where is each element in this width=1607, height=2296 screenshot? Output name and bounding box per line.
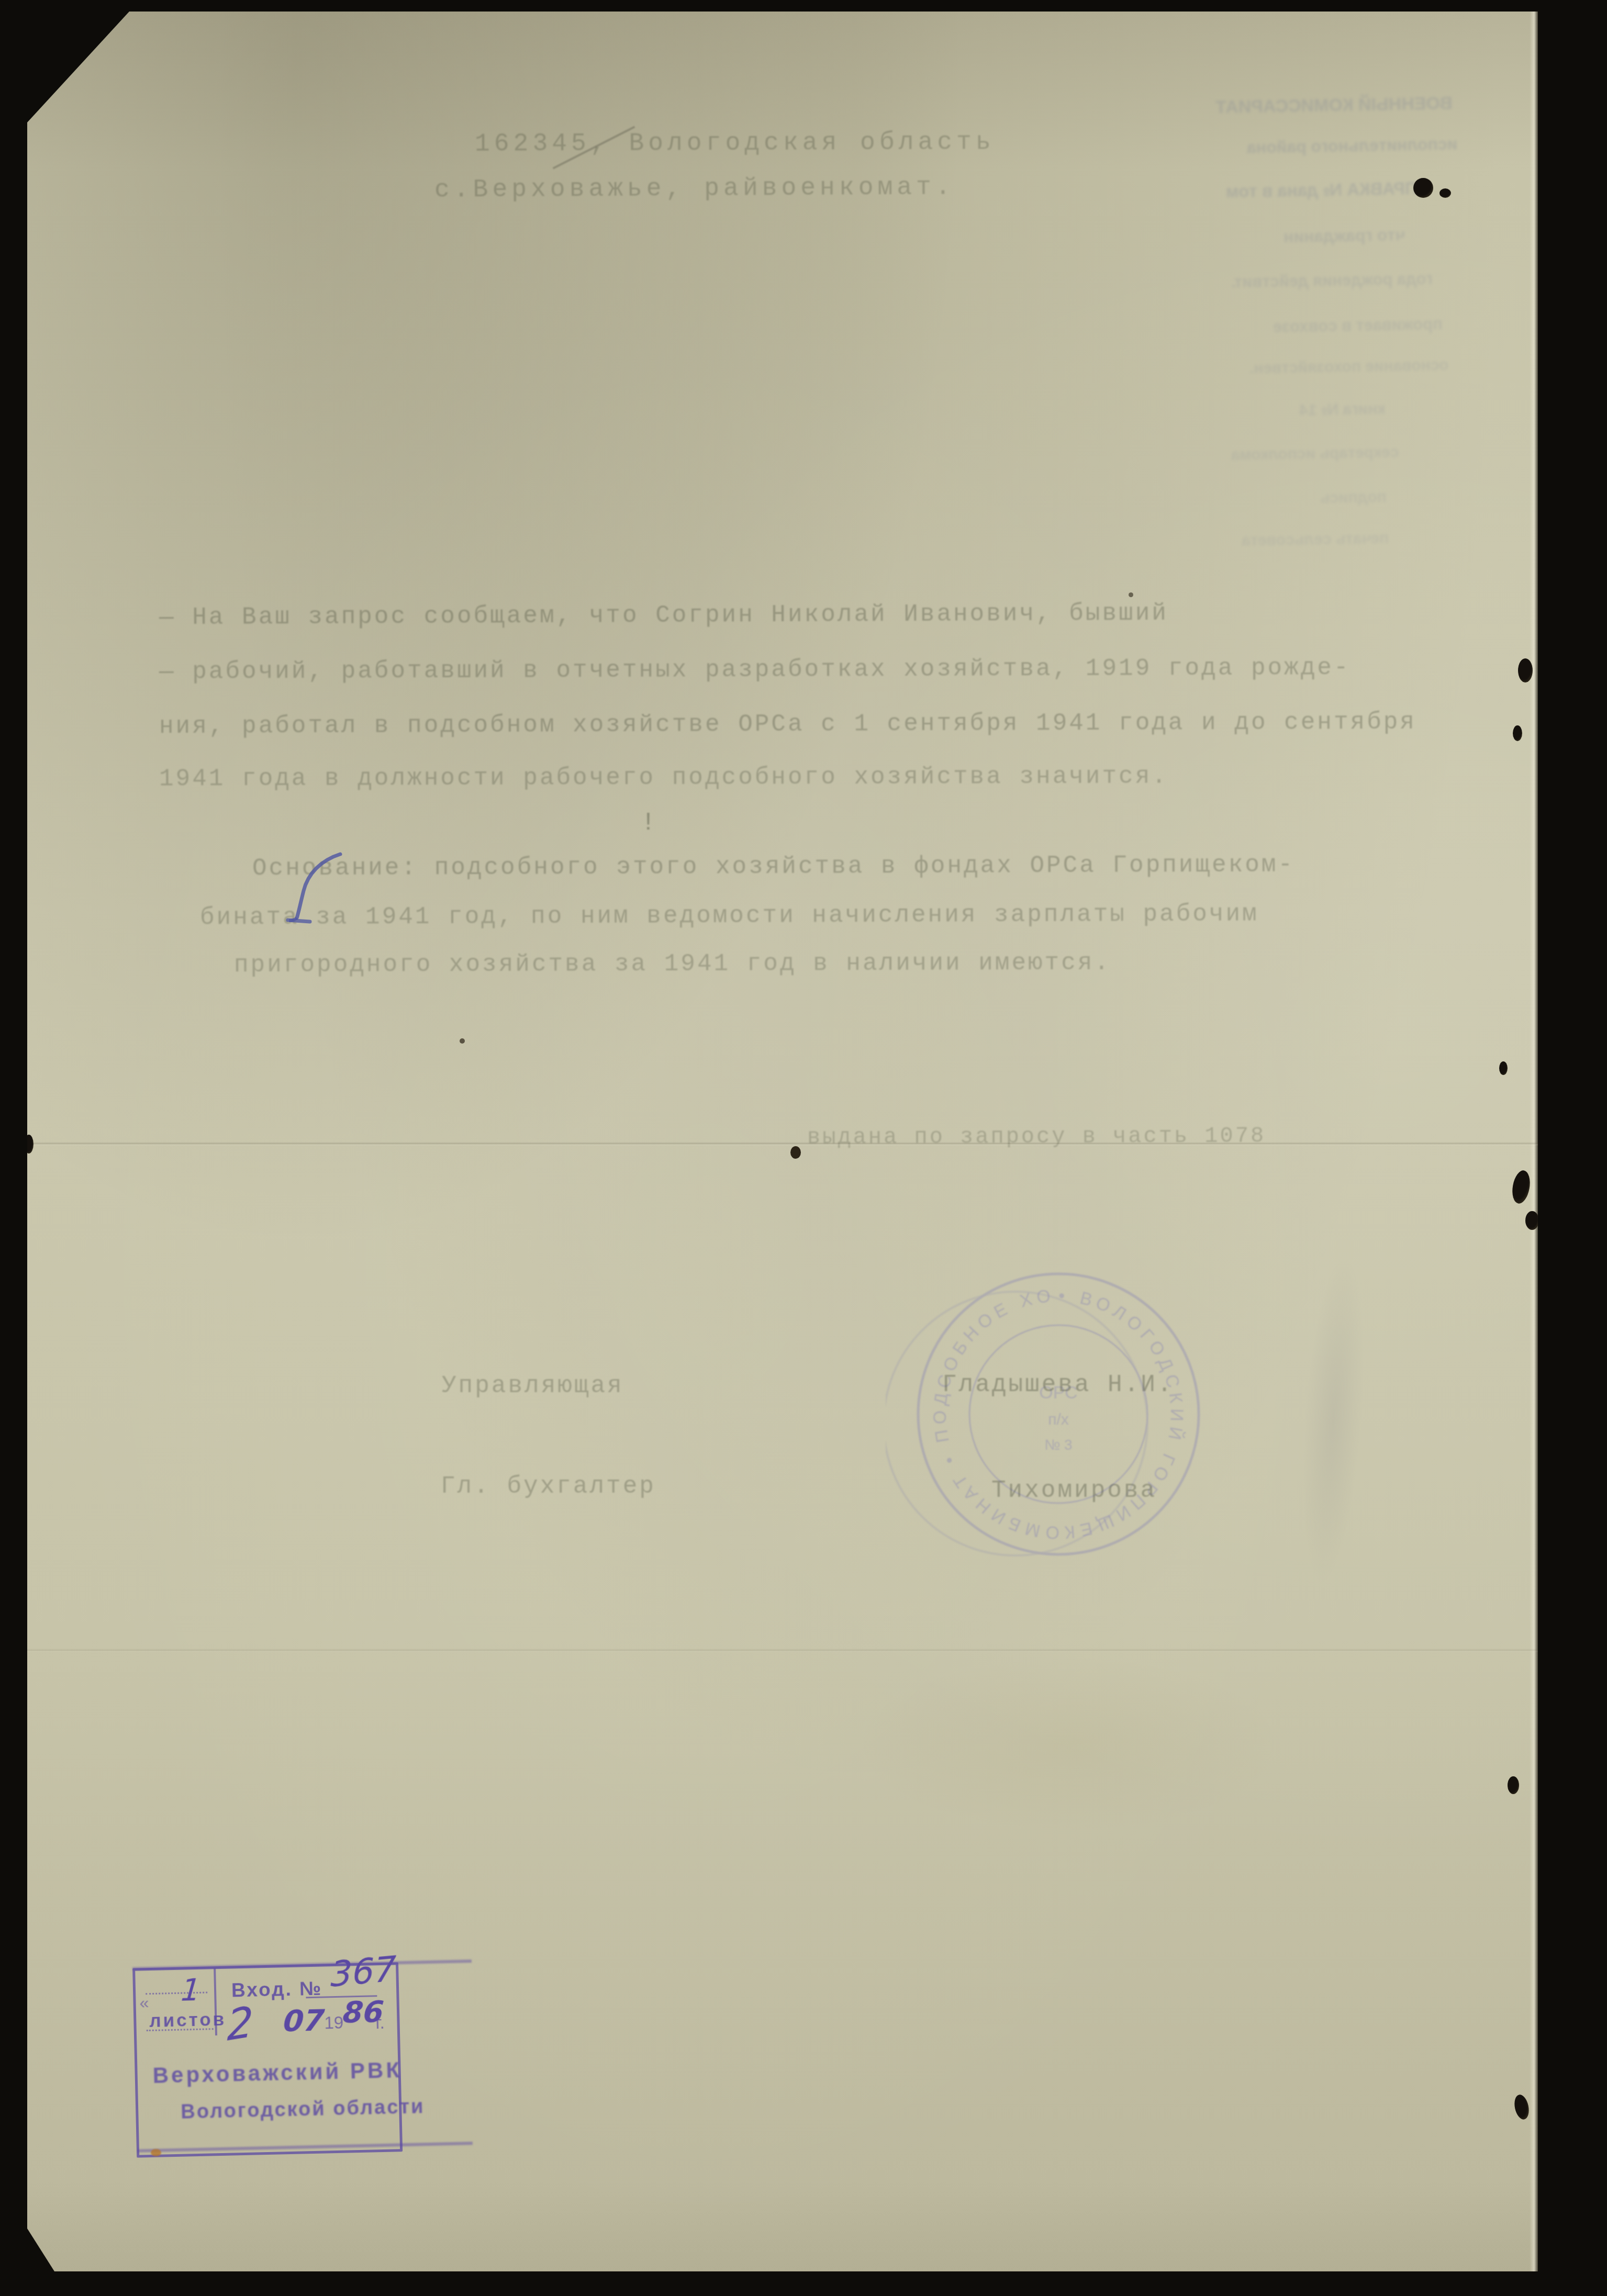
paper-hole: [1513, 725, 1522, 741]
paper-hole: [1413, 178, 1433, 198]
body-line-3: ния, работал в подсобном хозяйстве ОРСа …: [159, 709, 1416, 740]
scanner-background: 162345, Вологодская область с.Верховажье…: [0, 0, 1607, 2296]
verso-bleed-line: исполнительного района: [1247, 134, 1458, 157]
verso-bleed-line: что гражданин: [1284, 225, 1405, 247]
pen-checkmark: [268, 828, 378, 948]
verso-bleed-line: проживает в совхозе: [1273, 315, 1443, 337]
verso-bleed-line: печать сельсовета: [1242, 530, 1389, 550]
torn-edge-highlight: [1530, 12, 1538, 2271]
round-stamp-center-2: п/х: [1048, 1411, 1069, 1428]
date-year-suffix: г.: [375, 2013, 385, 2033]
document-page: 162345, Вологодская область с.Верховажье…: [27, 12, 1538, 2271]
body-line-1: — На Ваш запрос сообщаем, что Согрин Ник…: [159, 600, 1168, 631]
edge-nick: [24, 1135, 34, 1153]
registration-stamp: « 1 листов Вход. № 367 2 07 19 86 г. Вер…: [132, 1957, 401, 2157]
verso-bleed-line: года рождения действит.: [1231, 270, 1433, 292]
paper-hole: [1508, 1776, 1519, 1794]
verso-bleed-line: СПРАВКА № дана в том: [1226, 178, 1430, 202]
round-stamp: • ВОЛОГОДСКИЙ ГОРПИЩЕКОМБИНАТ • ПОДСОБНО…: [886, 1241, 1252, 1608]
sheets-open-quote: «: [139, 1993, 149, 2012]
paper-hole: [1439, 188, 1451, 198]
verso-bleed-line: основание похозяйствен.: [1249, 356, 1449, 378]
date-month-handwritten: 07: [282, 2003, 326, 2039]
paper-stain: [854, 1655, 1284, 1833]
verso-bleed-line: ВОЕННЫЙ КОМИССАРИАТ: [1215, 93, 1453, 118]
fold-crease: [27, 1649, 1538, 1652]
paper-tear: [1525, 1211, 1539, 1230]
reference-line: выдана по запросу в часть 1078: [807, 1123, 1266, 1150]
ink-speck: [1129, 592, 1133, 597]
paper-hole: [1499, 1061, 1508, 1075]
osnovanie-line-3: пригородного хозяйства за 1941 год в нал…: [234, 949, 1111, 979]
signature-name-1: Гладышева Н.И.: [942, 1371, 1174, 1398]
ink-speck: [460, 1038, 465, 1044]
ink-blot: [790, 1146, 801, 1159]
sheets-count-handwritten: 1: [180, 1972, 202, 2008]
verso-bleed-line: секретарь исполкома: [1231, 443, 1399, 464]
header-line-2: с.Верховажье, райвоенкомат.: [434, 173, 955, 204]
orange-spot: [151, 2149, 161, 2156]
round-stamp-center-3: № 3: [1044, 1437, 1072, 1453]
ink-smudge: [1293, 1250, 1374, 1588]
signature-title-2: Гл. бухгалтер: [441, 1473, 656, 1500]
incoming-number-handwritten: 367: [330, 1948, 396, 1995]
stray-exclamation: !: [641, 809, 656, 837]
paper-tear: [1510, 1169, 1533, 1205]
signature-title-1: Управляющая: [442, 1372, 624, 1399]
fold-crease: [27, 1142, 1538, 1146]
date-year-printed: 19: [324, 2013, 344, 2033]
body-line-4: 1941 года в должности рабочего подсобног…: [159, 763, 1168, 792]
paper-tear: [1512, 2093, 1531, 2121]
verso-bleed-line: книга № 14: [1299, 400, 1386, 420]
header-line-1: 162345, Вологодская область: [475, 128, 995, 158]
signature-name-2: Тихомирова: [991, 1477, 1157, 1504]
body-line-2: — рабочий, работавший в отчетных разрабо…: [159, 654, 1351, 686]
osnovanie-line-1: Основание: подсобного этого хозяйства в …: [252, 852, 1294, 882]
date-day-handwritten: 2: [227, 1997, 253, 2051]
paper-hole: [1518, 658, 1533, 682]
verso-bleed-line: подпись: [1320, 488, 1387, 507]
